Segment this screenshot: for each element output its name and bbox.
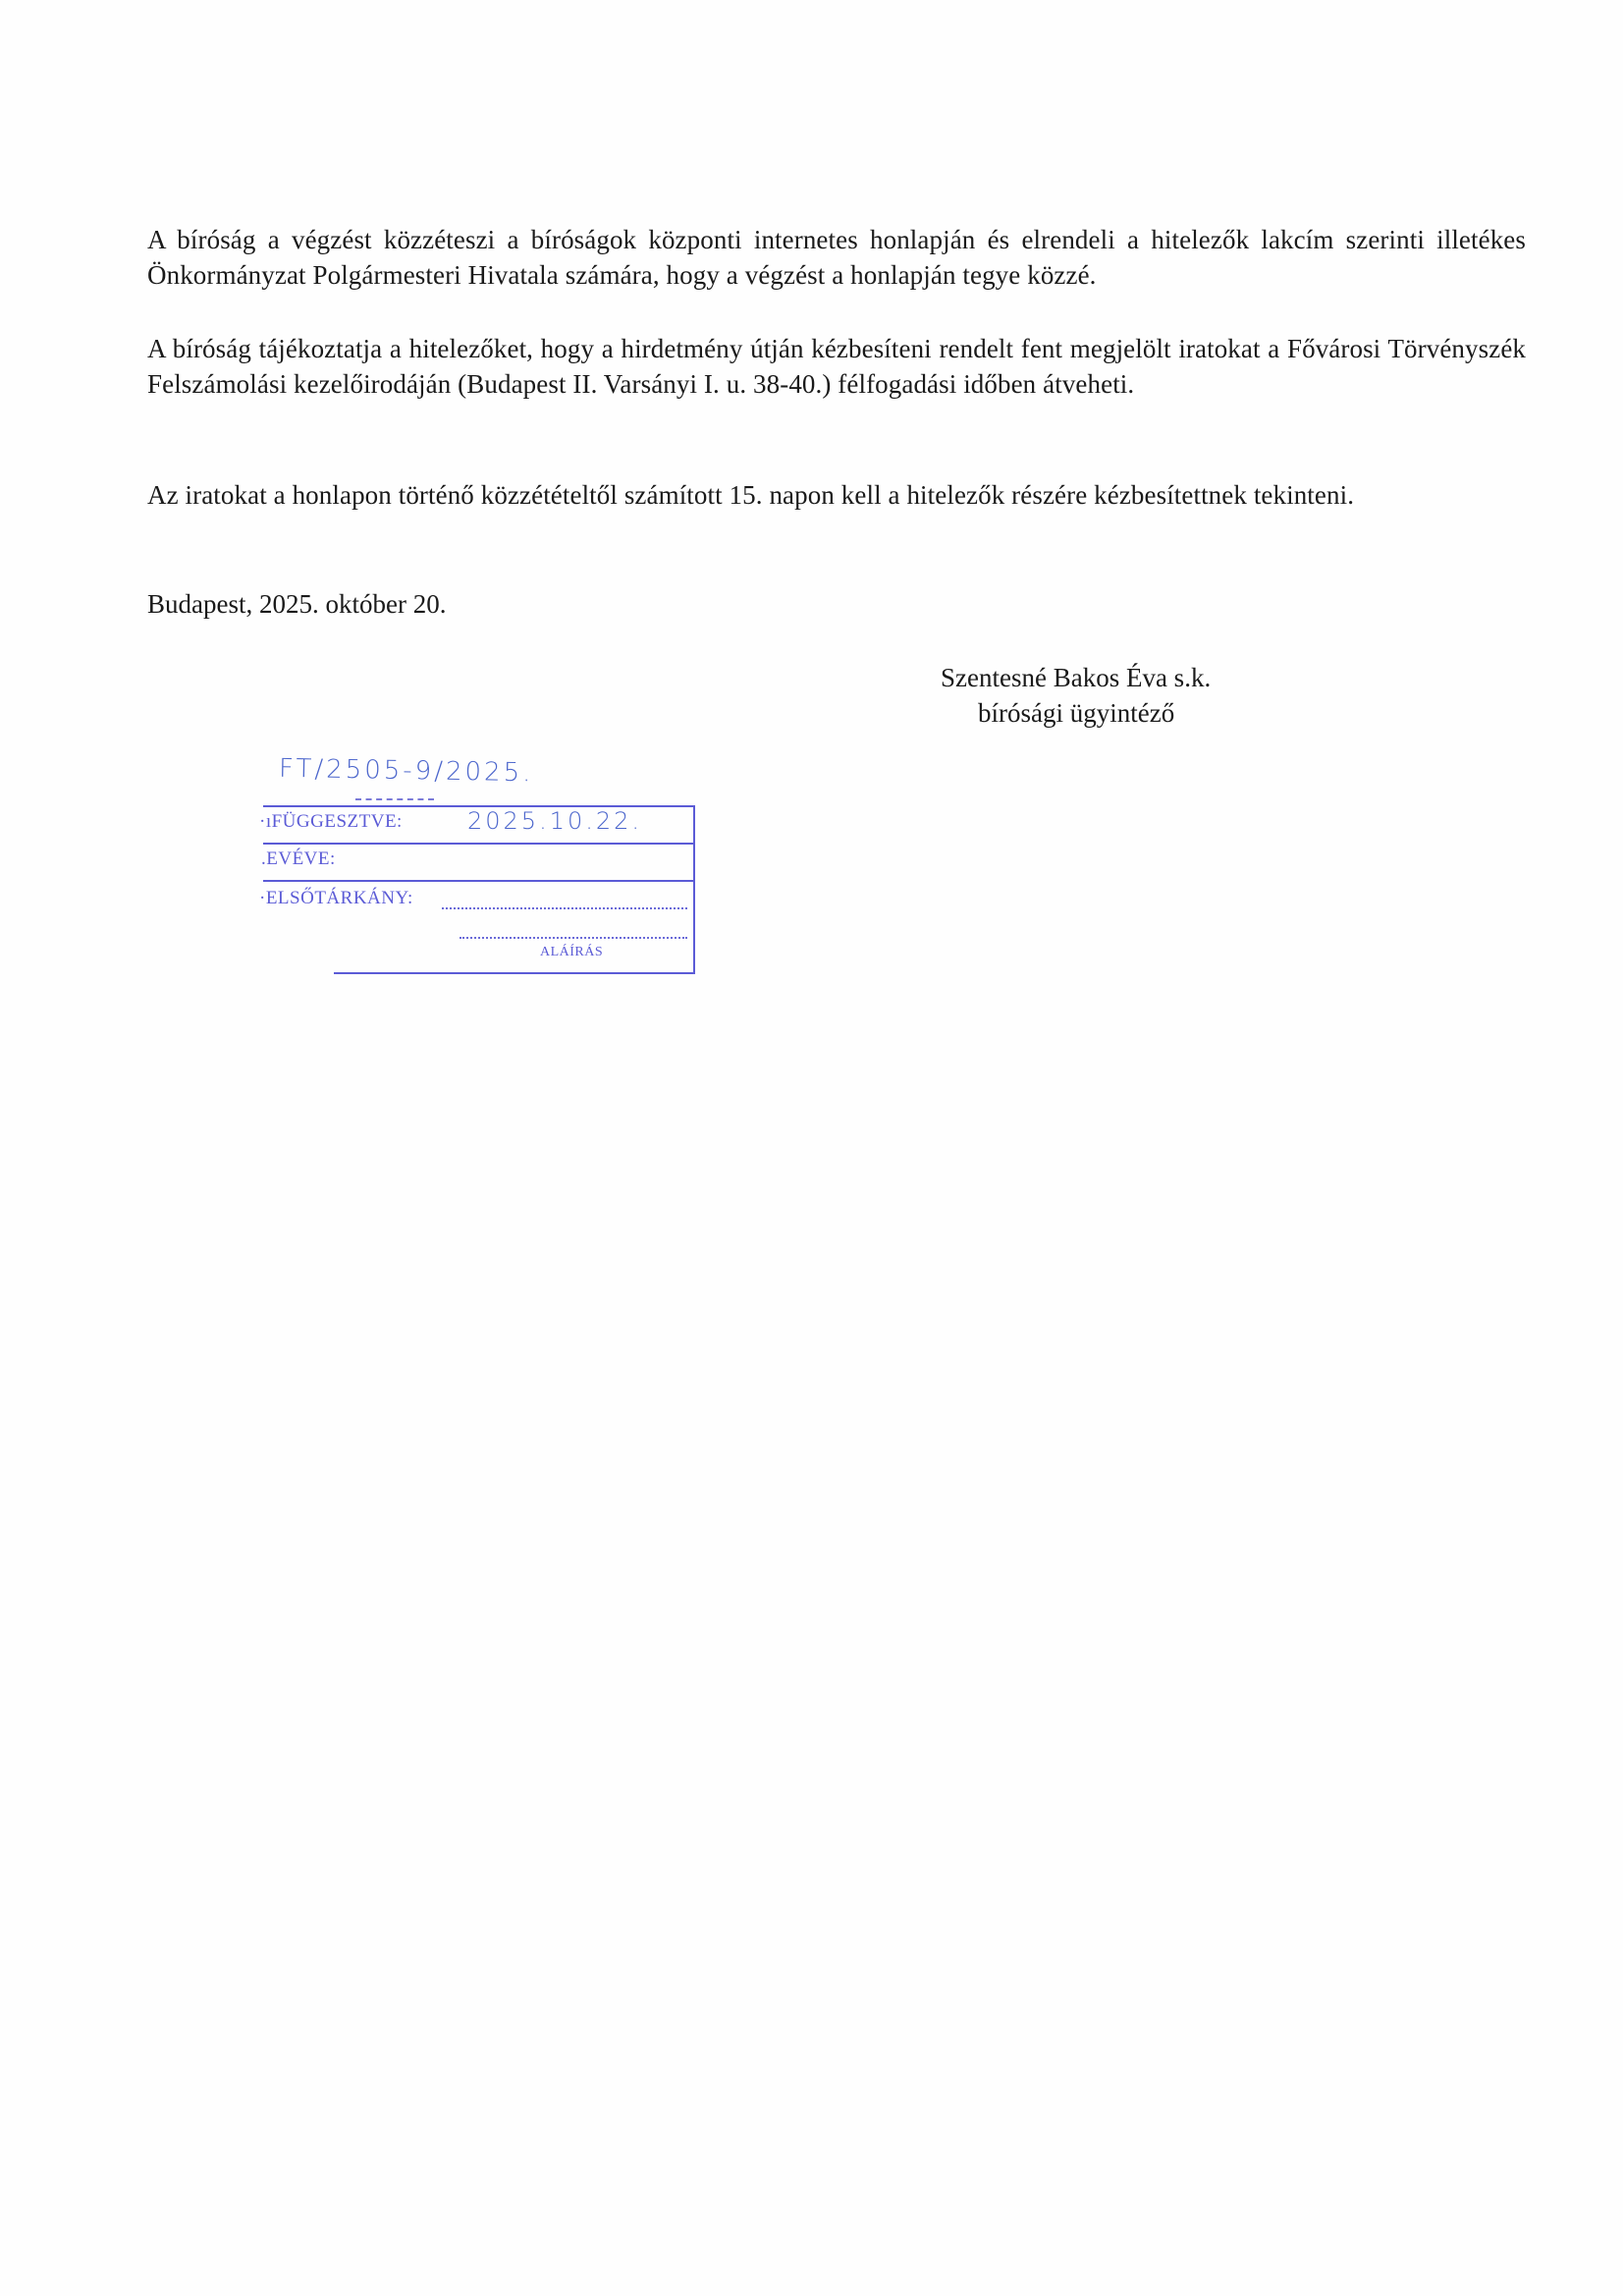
stamp-right-border (693, 805, 695, 974)
posted-date-handwritten: 2025.10.22. (467, 807, 642, 835)
signature-dotted-line (460, 937, 687, 939)
clerk-dotted-line (442, 907, 687, 909)
place-and-date: Budapest, 2025. október 20. (147, 586, 446, 622)
removed-label: .EVÉVE: (261, 848, 336, 870)
posted-label: ·ıFÜGGESZTVE: (259, 811, 403, 833)
case-number-underline (355, 798, 434, 800)
signature-label: ALÁÍRÁS (540, 945, 603, 960)
paragraph-creditor-notice: A bíróság tájékoztatja a hitelezőket, ho… (147, 331, 1526, 402)
paragraph-publication-order: A bíróság a végzést közzéteszi a bíróság… (147, 222, 1526, 293)
paragraph-delivery-deadline: Az iratokat a honlapon történő közzététe… (147, 477, 1526, 513)
stamp-row-divider-2 (263, 880, 695, 882)
signatory-title: bírósági ügyintéző (941, 695, 1274, 731)
handwritten-case-number: FT/2505-9/2025. (279, 754, 534, 789)
stamp-box: ·ıFÜGGESZTVE: 2025.10.22. .EVÉVE: ·ELSŐT… (263, 805, 693, 972)
document-page: A bíróság a végzést közzéteszi a bíróság… (0, 0, 1623, 2296)
signatory-name: Szentesné Bakos Éva s.k. (941, 660, 1274, 695)
clerk-label: ·ELSŐTÁRKÁNY: (259, 888, 413, 909)
signature-block: Szentesné Bakos Éva s.k. bírósági ügyint… (941, 660, 1274, 731)
posting-stamp: FT/2505-9/2025. ·ıFÜGGESZTVE: 2025.10.22… (257, 756, 699, 982)
stamp-row-divider-1 (263, 843, 695, 845)
stamp-bottom-border (334, 972, 695, 974)
